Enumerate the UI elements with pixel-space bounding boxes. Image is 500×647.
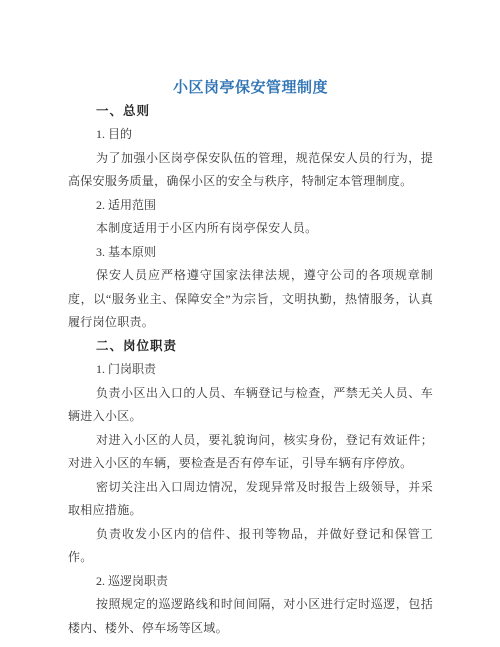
paragraph-purpose: 为了加强小区岗亭保安队伍的管理，规范保安人员的行为，提高保安服务质量，确保小区的… bbox=[68, 147, 433, 194]
section-heading-general-rules: 一、总则 bbox=[68, 100, 433, 124]
paragraph-surroundings-monitoring: 密切关注出入口周边情况，发现异常及时报告上级领导，并采取相应措施。 bbox=[68, 476, 433, 523]
document-page: 小区岗亭保安管理制度 一、总则 1. 目的 为了加强小区岗亭保安队伍的管理，规范… bbox=[0, 0, 500, 647]
sub-heading-gate-post-duties: 1. 门岗职责 bbox=[68, 358, 433, 382]
paragraph-mail-handling: 负责收发小区内的信件、报刊等物品，并做好登记和保管工作。 bbox=[68, 523, 433, 570]
paragraph-entry-checks: 对进入小区的人员，要礼貌询问，核实身份，登记有效证件；对进入小区的车辆，要检查是… bbox=[68, 429, 433, 476]
paragraph-basic-principles: 保安人员应严格遵守国家法律法规，遵守公司的各项规章制度，以“服务业主、保障安全”… bbox=[68, 264, 433, 335]
section-heading-post-duties: 二、岗位职责 bbox=[68, 335, 433, 359]
sub-heading-patrol-post-duties: 2. 巡逻岗职责 bbox=[68, 570, 433, 594]
sub-heading-scope: 2. 适用范围 bbox=[68, 194, 433, 218]
sub-heading-basic-principles: 3. 基本原则 bbox=[68, 241, 433, 265]
paragraph-gate-registration: 负责小区出入口的人员、车辆登记与检查，严禁无关人员、车辆进入小区。 bbox=[68, 382, 433, 429]
paragraph-patrol-routes: 按照规定的巡逻路线和时间间隔，对小区进行定时巡逻，包括楼内、楼外、停车场等区域。 bbox=[68, 593, 433, 640]
sub-heading-purpose: 1. 目的 bbox=[68, 123, 433, 147]
paragraph-scope: 本制度适用于小区内所有岗亭保安人员。 bbox=[68, 217, 433, 241]
document-title: 小区岗亭保安管理制度 bbox=[68, 76, 433, 100]
